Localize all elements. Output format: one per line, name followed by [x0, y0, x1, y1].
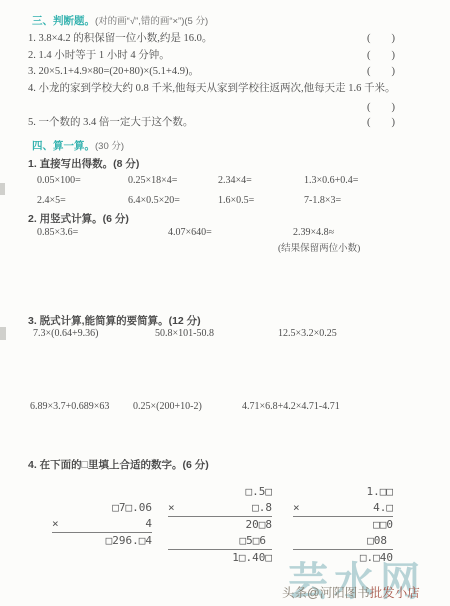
multiply-sign: × [168, 500, 175, 516]
answer-parentheses[interactable]: ( ) [367, 32, 395, 45]
section-judge-title-main: 三、判断题。 [32, 15, 95, 27]
direct-calc-row: 2.4×5= 6.4×0.5×20= 1.6×0.5= 7-1.8×3= [37, 195, 442, 206]
section-judge-title-note: (对的画“√”,错的画“×”)(5 分) [95, 13, 208, 27]
direct-calc-title: 1. 直接写出得数。(8 分) [28, 156, 139, 171]
judge-item-text: 2. 1.4 小时等于 1 小时 4 分钟。 [28, 49, 359, 62]
math-expression[interactable]: 2.34×4= [218, 175, 304, 186]
answer-parentheses[interactable]: ( ) [367, 99, 395, 114]
multiply-sign: × [52, 516, 59, 532]
answer-parentheses[interactable]: ( ) [367, 65, 395, 78]
vertical-multiplication-puzzle[interactable]: □7□.06 × 4 □296.□4 [52, 500, 152, 549]
multiplier: □.8 [252, 500, 272, 516]
worksheet-page: 三、判断题。(对的画“√”,错的画“×”)(5 分) 1. 3.8×4.2 的积… [0, 0, 450, 606]
section-judge-title: 三、判断题。(对的画“√”,错的画“×”)(5 分) [32, 13, 95, 28]
math-expression[interactable]: 6.4×0.5×20= [128, 195, 218, 206]
judge-item-text: 3. 20×5.1+4.9×80=(20+80)×(5.1+4.9)。 [28, 65, 359, 78]
math-expression[interactable]: 4.71×6.8+4.2×4.71-4.71 [242, 401, 340, 412]
math-expression[interactable]: 0.05×100= [37, 175, 128, 186]
math-expression[interactable]: 7.3×(0.64+9.36) [33, 328, 98, 339]
math-expression[interactable]: 2.39×4.8≈ [293, 227, 334, 238]
product: □296.□4 [52, 533, 152, 549]
multiplier: 4 [145, 516, 152, 532]
math-expression[interactable]: 4.07×640= [168, 227, 212, 238]
judge-item: 4. 小龙的家到学校大约 0.8 千米,他每天从家到学校往返两次,他每天走 1.… [28, 82, 395, 95]
judge-item-text: 5. 一个数的 3.4 倍一定大于这个数。 [28, 116, 359, 129]
judge-item: 3. 20×5.1+4.9×80=(20+80)×(5.1+4.9)。 ( ) [28, 65, 395, 78]
section-calc-title: 四、算一算。(30 分) [32, 138, 95, 153]
multiplier: 4.□ [373, 500, 393, 516]
credit-watermark-suffix: 批发小店 [370, 586, 420, 600]
rounding-note: (结果保留两位小数) [278, 240, 360, 254]
math-expression[interactable]: 2.4×5= [37, 195, 128, 206]
answer-parentheses[interactable]: ( ) [367, 116, 395, 129]
multiplicand: 1.□□ [293, 484, 393, 500]
multiplier-row: × 4 [52, 516, 152, 533]
math-expression[interactable]: 0.85×3.6= [37, 227, 78, 238]
math-expression[interactable]: 6.89×3.7+0.689×63 [30, 401, 109, 412]
judge-item: 2. 1.4 小时等于 1 小时 4 分钟。 ( ) [28, 49, 395, 62]
vertical-multiplication-puzzle[interactable]: □.5□ × □.8 20□8 □5□6 1□.40□ [168, 484, 272, 566]
vertical-calc-title: 2. 用竖式计算。(6 分) [28, 211, 129, 226]
partial-product-2: □5□6 [168, 533, 272, 550]
product: 1□.40□ [168, 550, 272, 566]
fill-box-title: 4. 在下面的□里填上合适的数字。(6 分) [28, 457, 209, 472]
direct-calc-row: 0.05×100= 0.25×18×4= 2.34×4= 1.3×0.6+0.4… [37, 175, 442, 186]
math-expression[interactable]: 1.3×0.6+0.4= [304, 175, 442, 186]
judge-item: 1. 3.8×4.2 的积保留一位小数,约是 16.0。 ( ) [28, 32, 395, 45]
credit-watermark-prefix: 头条@河阳图书 [282, 586, 370, 600]
math-expression[interactable]: 1.6×0.5= [218, 195, 304, 206]
math-expression[interactable]: 12.5×3.2×0.25 [278, 328, 337, 339]
multiply-sign: × [293, 500, 300, 516]
partial-product-1: □□0 [293, 517, 393, 533]
section-calc-title-note: (30 分) [95, 138, 124, 152]
simplify-calc-title: 3. 脱式计算,能简算的要简算。(12 分) [28, 313, 201, 328]
math-expression[interactable]: 7-1.8×3= [304, 195, 442, 206]
math-expression[interactable]: 0.25×(200+10-2) [133, 401, 202, 412]
scan-artifact [0, 183, 5, 195]
credit-watermark: 头条@河阳图书批发小店 [282, 583, 420, 601]
scan-artifact [0, 327, 6, 340]
section-calc-title-main: 四、算一算。 [32, 140, 95, 152]
multiplier-row: × 4.□ [293, 500, 393, 517]
multiplier-row: × □.8 [168, 500, 272, 517]
judge-item: 5. 一个数的 3.4 倍一定大于这个数。 ( ) [28, 116, 395, 129]
math-expression[interactable]: 0.25×18×4= [128, 175, 218, 186]
judge-item-text: 1. 3.8×4.2 的积保留一位小数,约是 16.0。 [28, 32, 359, 45]
multiplicand: □7□.06 [52, 500, 152, 516]
answer-parentheses[interactable]: ( ) [367, 49, 395, 62]
partial-product-2: □08 [293, 533, 393, 550]
judge-item-text: 4. 小龙的家到学校大约 0.8 千米,他每天从家到学校往返两次,他每天走 1.… [28, 82, 396, 95]
math-expression[interactable]: 50.8×101-50.8 [155, 328, 214, 339]
multiplicand: □.5□ [168, 484, 272, 500]
partial-product-1: 20□8 [168, 517, 272, 533]
